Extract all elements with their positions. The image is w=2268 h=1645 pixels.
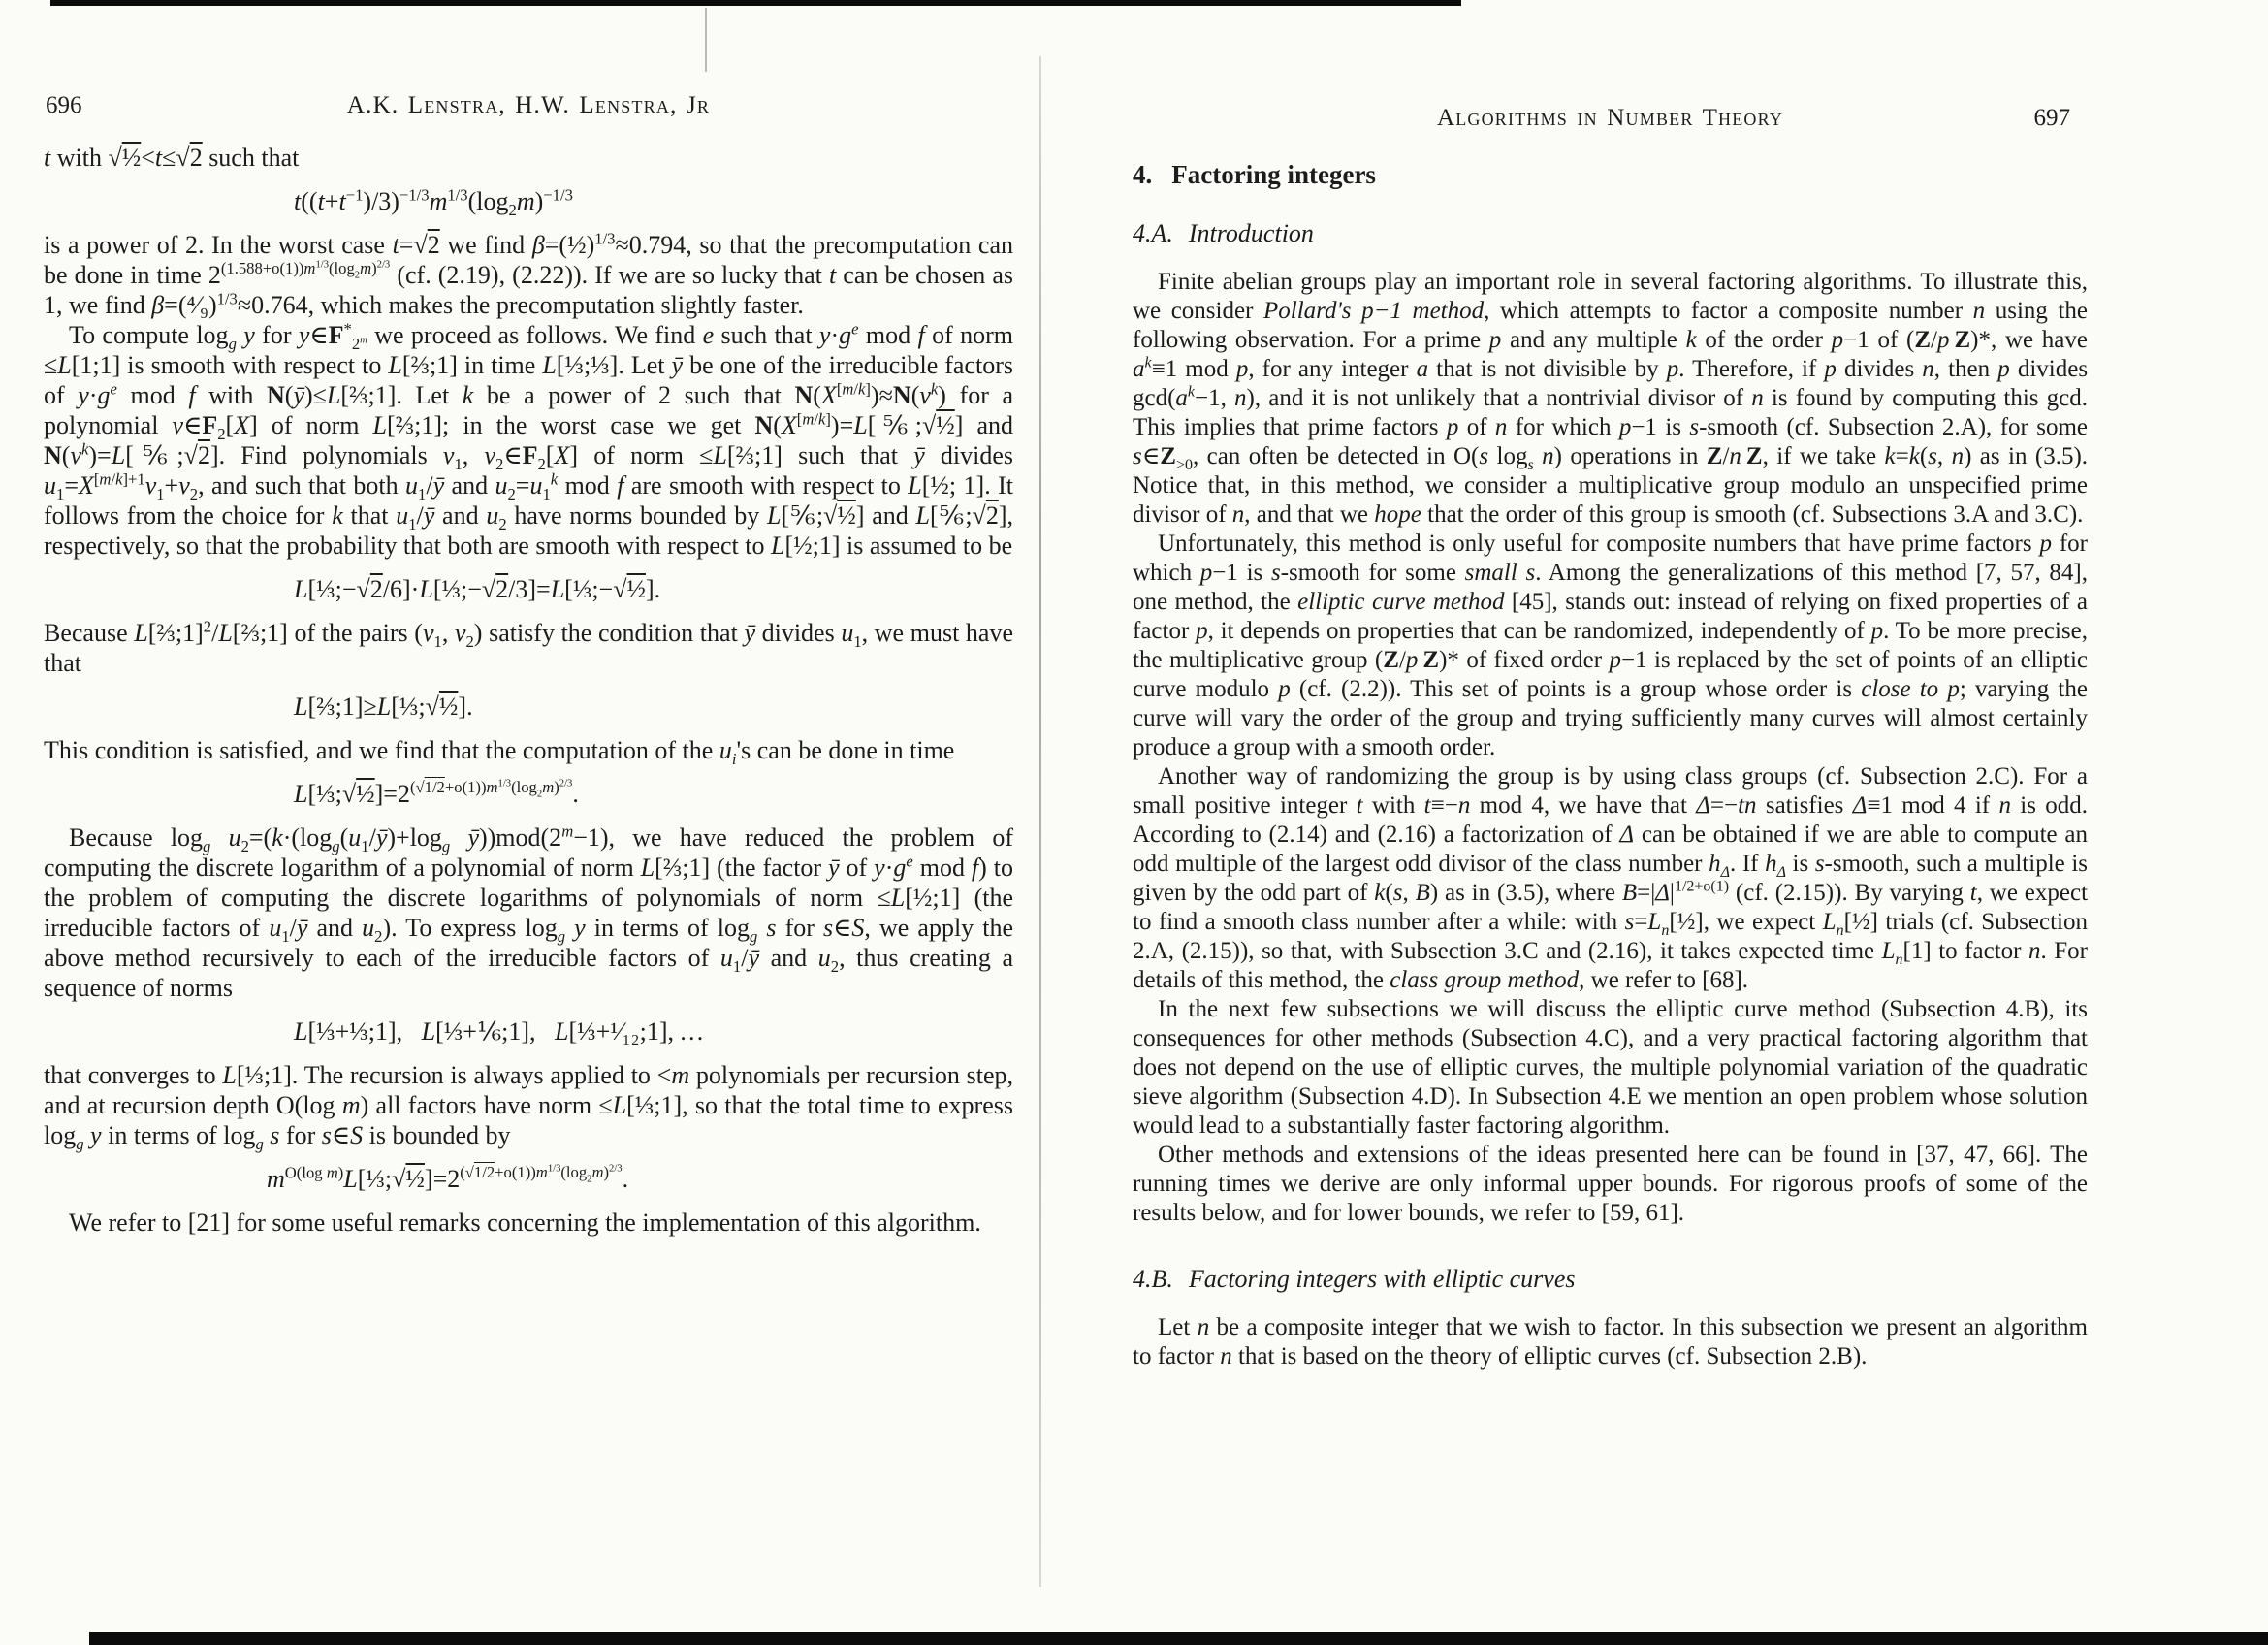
subsection-b-number: 4.B. — [1133, 1265, 1173, 1293]
scan-edge-strip-bottom — [89, 1632, 2268, 1645]
paragraph-finite-abelian: Finite abelian groups play an important … — [1133, 268, 2088, 530]
subsection-heading-elliptic-curves: 4.B.Factoring integers with elliptic cur… — [1133, 1265, 2088, 1294]
paragraph-worst-case: is a power of 2. In the worst case t=√2 … — [44, 230, 1013, 320]
equation-smoothness-probability: L[⅓;−√2/6]·L[⅓;−√2/3]=L[⅓;−√½]. — [44, 574, 1013, 604]
paragraph-next-subsections: In the next few subsections we will disc… — [1133, 995, 2088, 1141]
paragraph-reduced-problem: Because logg u2=(k·(logg(u1/ȳ)+logg ȳ))m… — [44, 822, 1013, 1003]
paragraph-class-groups: Another way of randomizing the group is … — [1133, 762, 2088, 995]
paragraph-refer-21: We refer to [21] for some useful remarks… — [44, 1208, 1013, 1238]
equation-power-of-two: t((t+t−1)/3)−1/3m1/3(log2m)−1/3 — [44, 186, 1013, 216]
paragraph-let-n: Let n be a composite integer that we wis… — [1133, 1313, 2088, 1371]
section-heading-factoring-integers: 4.Factoring integers — [1133, 159, 2088, 190]
scanned-book-spread: { "page_left": { "page_number": "696", "… — [0, 0, 2268, 1645]
section-title: Factoring integers — [1171, 160, 1376, 189]
paragraph-because-pairs: Because L[⅔;1]2/L[⅔;1] of the pairs (v1,… — [44, 618, 1013, 678]
page-gutter-line — [1039, 56, 1041, 1587]
subsection-a-number: 4.A. — [1133, 219, 1173, 247]
equation-total-time: mO(log m)L[⅓;√½]=2(√1/2+o(1))m1/3(log2m)… — [44, 1164, 1013, 1194]
subsection-heading-introduction: 4.A.Introduction — [1133, 219, 2088, 248]
page-number-right: 697 — [2034, 105, 2071, 132]
paragraph-unfortunately: Unfortunately, this method is only usefu… — [1133, 530, 2088, 762]
left-page-header: 696 A.K. Lenstra, H.W. Lenstra, Jr — [44, 92, 1013, 119]
paragraph-converges: that converges to L[⅓;1]. The recursion … — [44, 1060, 1013, 1150]
running-head-authors: A.K. Lenstra, H.W. Lenstra, Jr — [44, 92, 1013, 119]
right-page-header: Algorithms in Number Theory 697 — [1133, 105, 2088, 132]
equation-condition: L[⅔;1]≥L[⅓;√½]. — [44, 692, 1013, 722]
subsection-a-title: Introduction — [1189, 219, 1314, 247]
scan-edge-strip-top — [50, 0, 1461, 6]
paragraph-condition-satisfied: This condition is satisfied, and we find… — [44, 735, 1013, 765]
paragraph-intro-line: t with √½<t≤√2 such that — [44, 143, 1013, 173]
equation-computation-time: L[⅓;√½]=2(√1/2+o(1))m1/3(log2m)2/3. — [44, 779, 1013, 809]
scan-artifact-tick — [705, 8, 707, 72]
subsection-b-title: Factoring integers with elliptic curves — [1189, 1265, 1576, 1293]
equation-norm-sequence: L[⅓+⅓;1], L[⅓+⅙;1], L[⅓+¹⁄₁₂;1], … — [44, 1016, 1013, 1047]
section-number: 4. — [1133, 160, 1152, 189]
paragraph-other-methods: Other methods and extensions of the idea… — [1133, 1141, 2088, 1228]
page-right-697: Algorithms in Number Theory 697 4.Factor… — [1133, 105, 2088, 1371]
page-left-696: 696 A.K. Lenstra, H.W. Lenstra, Jr t wit… — [44, 92, 1013, 1238]
paragraph-compute-log: To compute logg y for y∈F*2m we proceed … — [44, 320, 1013, 561]
running-head-title: Algorithms in Number Theory — [1133, 105, 2088, 132]
